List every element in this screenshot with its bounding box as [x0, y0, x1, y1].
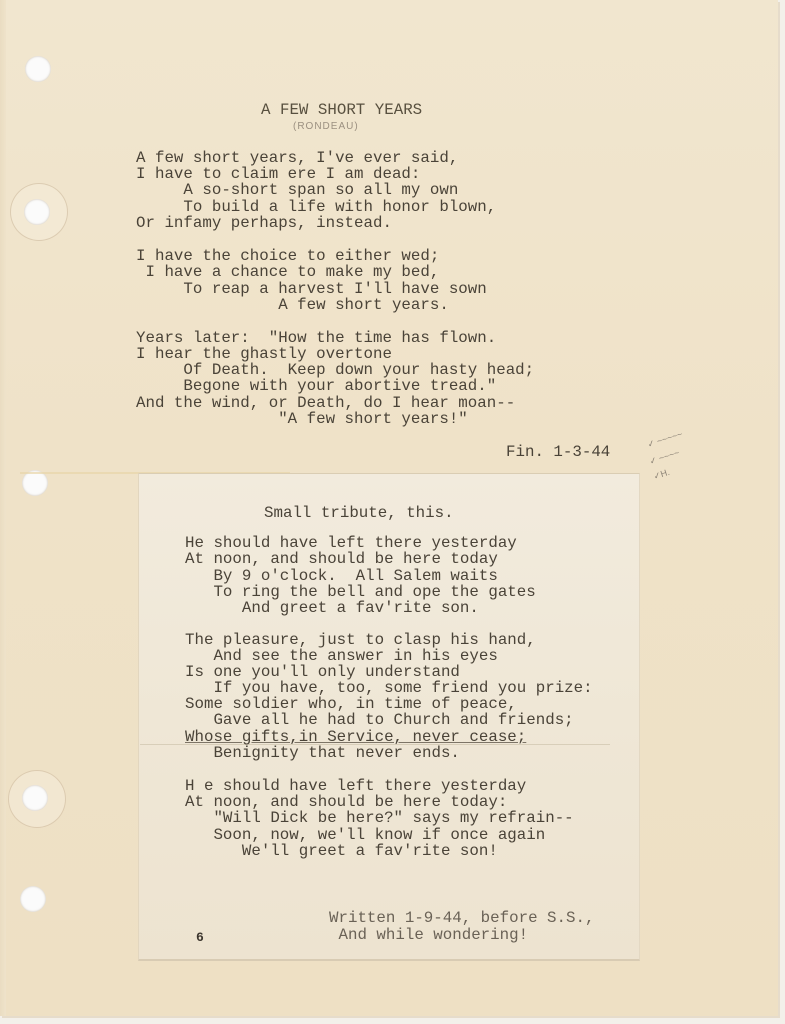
poem-line: I have a chance to make my bed,: [136, 264, 439, 280]
poem-line: Or infamy perhaps, instead.: [136, 215, 392, 231]
poem1-title: A FEW SHORT YEARS: [261, 101, 422, 119]
poem-line: Years later: "How the time has flown.: [136, 330, 496, 346]
binder-hole: [25, 56, 51, 82]
page-number: 6: [196, 930, 204, 945]
signoff-line: Written 1-9-44, before S.S.,: [329, 910, 594, 926]
poem-line: And greet a fav'rite son.: [185, 600, 479, 616]
poem-line: A few short years.: [136, 297, 449, 313]
poem-line: Benignity that never ends.: [185, 745, 460, 761]
poem-line: "A few short years!": [136, 411, 468, 427]
poem-line: He should have left there yesterday: [185, 535, 517, 551]
poem-line: Soon, now, we'll know if once again: [185, 827, 545, 843]
poem1-subtitle-handwritten: (RONDEAU): [293, 121, 359, 132]
poem-line: And the wind, or Death, do I hear moan--: [136, 395, 515, 411]
poem2-title: Small tribute, this.: [264, 505, 454, 521]
poem-line: And see the answer in his eyes: [185, 648, 498, 664]
poem-line: I have to claim ere I am dead:: [136, 166, 420, 182]
poem-line: To ring the bell and ope the gates: [185, 584, 536, 600]
poem-line: A so-short span so all my own: [136, 182, 458, 198]
poem-line: H e should have left there yesterday: [185, 778, 526, 794]
pencil-annotation: ✓H.: [652, 467, 671, 483]
poem-line: By 9 o'clock. All Salem waits: [185, 568, 498, 584]
poem-line: Some soldier who, in time of peace,: [185, 696, 517, 712]
poem-line: Is one you'll only understand: [185, 664, 460, 680]
poem-line: I hear the ghastly overtone: [136, 346, 392, 362]
poem-line: At noon, and should be here today:: [185, 794, 507, 810]
poem-line: Of Death. Keep down your hasty head;: [136, 362, 534, 378]
binder-hole: [20, 886, 46, 912]
binder-hole: [22, 785, 48, 811]
document-page: A FEW SHORT YEARS (RONDEAU) A few short …: [0, 0, 778, 1016]
poem-line: A few short years, I've ever said,: [136, 150, 458, 166]
poem-line: Gave all he had to Church and friends;: [185, 712, 574, 728]
pencil-annotation: ✓ ~~~~: [648, 447, 681, 467]
poem-line: The pleasure, just to clasp his hand,: [185, 632, 536, 648]
signoff-line: And while wondering!: [329, 927, 528, 943]
poem-line: At noon, and should be here today: [185, 551, 498, 567]
poem-line: To build a life with honor blown,: [136, 199, 496, 215]
poem-line: I have the choice to either wed;: [136, 248, 439, 264]
poem-line: We'll greet a fav'rite son!: [185, 843, 498, 859]
poem-line: "Will Dick be here?" says my refrain--: [185, 810, 574, 826]
binder-hole: [24, 199, 50, 225]
poem-line: Whose gifts,in Service, never cease;: [185, 729, 526, 745]
poem-line: If you have, too, some friend you prize:: [185, 680, 593, 696]
poem-line: To reap a harvest I'll have sown: [136, 281, 487, 297]
pencil-annotation: ✓ ~~~~~: [646, 429, 684, 451]
poem-line: Begone with your abortive tread.": [136, 378, 496, 394]
page-edge: [0, 0, 6, 1016]
poem1-signoff-date: Fin. 1-3-44: [506, 444, 610, 460]
